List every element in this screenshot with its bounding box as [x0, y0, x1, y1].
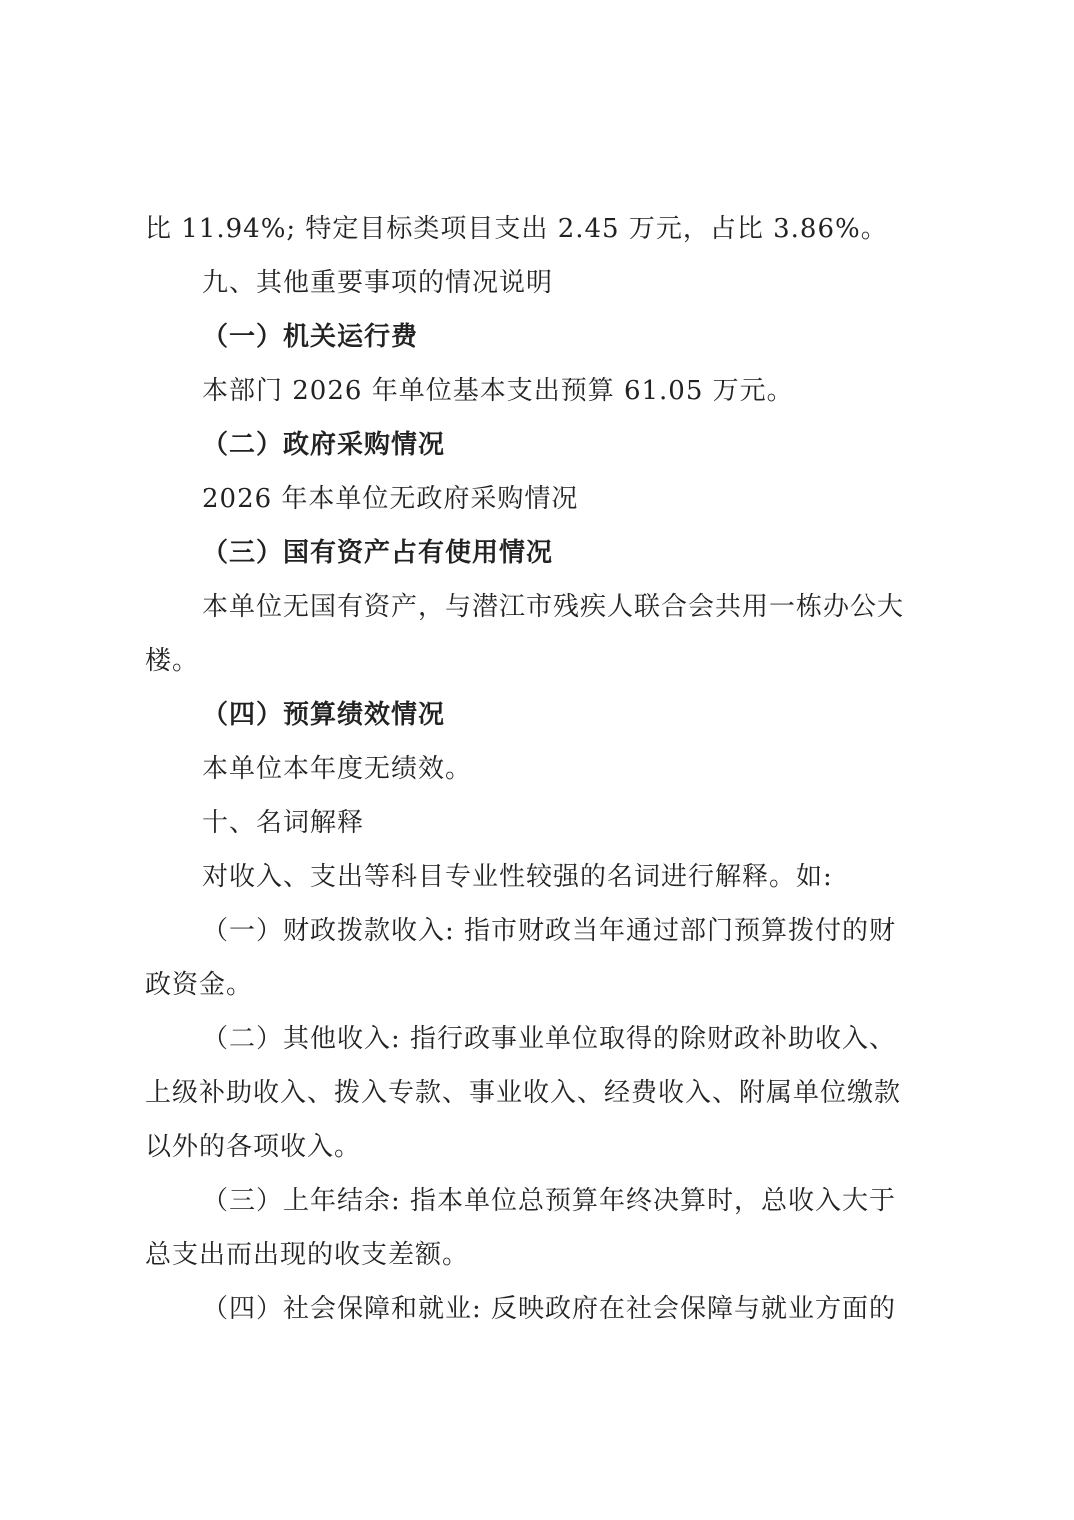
body-text: 比 11.94%; 特定目标类项目支出 2.45 万元，占比 3.86%。 — [0, 212, 1074, 246]
subheading: （四）预算绩效情况 — [0, 698, 1074, 732]
paragraph: （四）社会保障和就业: 反映政府在社会保障与就业方面的 — [0, 1292, 1074, 1326]
body-text: 上级补助收入、拨入专款、事业收入、经费收入、附属单位缴款 — [0, 1076, 1074, 1110]
subheading: （二）政府采购情况 — [0, 428, 1074, 462]
body-text: 楼。 — [0, 644, 1074, 678]
paragraph: （一）财政拨款收入: 指市财政当年通过部门预算拨付的财 — [0, 914, 1074, 948]
subheading: （一）机关运行费 — [0, 320, 1074, 354]
paragraph: 本单位无国有资产，与潜江市残疾人联合会共用一栋办公大 — [0, 590, 1074, 624]
paragraph: （三）上年结余: 指本单位总预算年终决算时，总收入大于 — [0, 1184, 1074, 1218]
paragraph: （二）其他收入: 指行政事业单位取得的除财政补助收入、 — [0, 1022, 1074, 1056]
paragraph: 2026 年本单位无政府采购情况 — [0, 482, 1074, 516]
section-heading: 九、其他重要事项的情况说明 — [0, 266, 1074, 300]
body-text: 政资金。 — [0, 968, 1074, 1002]
section-heading: 十、名词解释 — [0, 806, 1074, 840]
body-text: 总支出而出现的收支差额。 — [0, 1238, 1074, 1272]
paragraph: 对收入、支出等科目专业性较强的名词进行解释。如: — [0, 860, 1074, 894]
subheading: （三）国有资产占有使用情况 — [0, 536, 1074, 570]
paragraph: 本单位本年度无绩效。 — [0, 752, 1074, 786]
body-text: 以外的各项收入。 — [0, 1130, 1074, 1164]
paragraph: 本部门 2026 年单位基本支出预算 61.05 万元。 — [0, 374, 1074, 408]
